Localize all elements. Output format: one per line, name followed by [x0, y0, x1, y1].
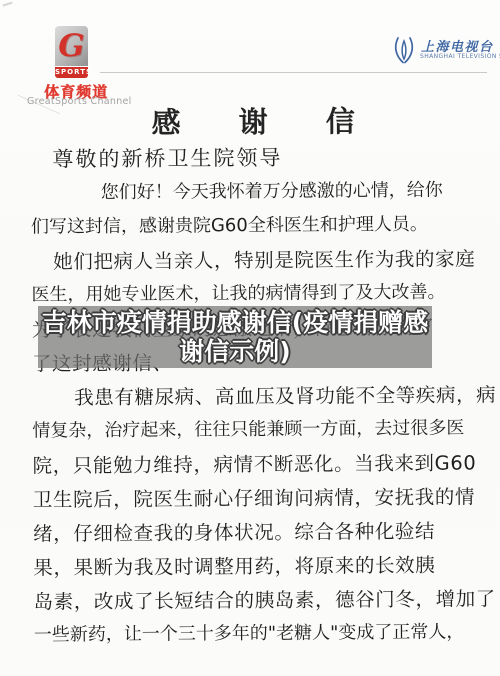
letter-line: 一些新药，让一个三十多年的"老糖人"变成了正常人，: [34, 617, 480, 654]
letter-line: 我患有糖尿病、高血压及肾功能不全等疾病，病: [74, 379, 478, 416]
magnolia-flower-icon: [392, 37, 416, 68]
letter-line: 您们好！今天我怀着万分感激的心情，给你: [101, 175, 477, 212]
letter-line: 果，果断为我及时调整用药，将原来的长效胰: [33, 549, 479, 586]
letter-line: 岛素，改成了长短结合的胰岛素，德谷门冬，增加了: [33, 583, 479, 620]
caption-line-2: 谢信示例): [179, 337, 290, 366]
letter-line: 院，只能勉力维持，病情不断恶化。当我来到G60: [33, 447, 479, 484]
letter-line: 情复杂，治疗起来，往往只能兼顾一方面，去过很多医: [32, 413, 478, 450]
handwritten-letter: 感 谢 信 尊敬的新桥卫生院领导 您们好！今天我怀着万分感激的心情，给你 们写这…: [30, 98, 480, 654]
header-divider-line: [100, 72, 487, 73]
letter-line: 她们把病人当亲人，特别是院医生作为我的家庭: [53, 243, 477, 280]
scan-corner-artifact: [2, 2, 13, 10]
caption-overlay-banner: 吉林市疫情捐助感谢信(疫情捐赠感 谢信示例): [38, 306, 432, 368]
g-sports-icon: G: [55, 26, 88, 66]
scanned-letter-page: G SPORTS 体育频道 GreatSports Channel 上海电视台 …: [0, 0, 500, 676]
caption-line-1: 吉林市疫情捐助感谢信(疫情捐赠感: [42, 308, 428, 337]
sports-band-label: SPORTS: [55, 66, 88, 78]
letter-line: 绪，仔细检查我的身体状况。综合各种化验结: [33, 515, 479, 552]
letter-line: 们写这封信，感谢贵院G60全科医生和护理人员。: [31, 209, 477, 246]
g-letter: G: [58, 31, 84, 62]
letter-title: 感 谢 信: [30, 98, 476, 143]
letter-salutation: 尊敬的新桥卫生院领导: [52, 140, 476, 178]
letter-line: 卫生院后，院医生耐心仔细询问病情，安抚我的情: [33, 481, 479, 518]
tv-station-name-en: SHANGHAI TELEVISION STATION: [420, 53, 500, 60]
